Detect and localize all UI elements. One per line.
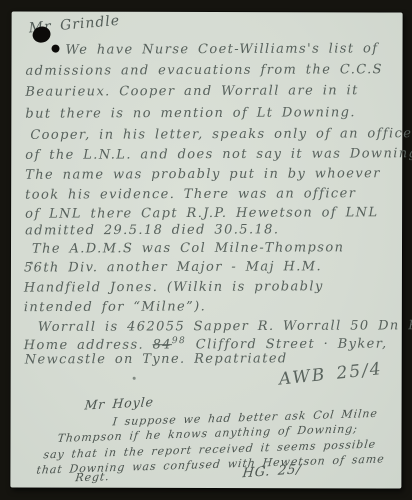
letter-line: Beaurieux. Cooper and Worrall are in it	[25, 83, 358, 99]
letter-line: The name was probably put in by whoever	[25, 166, 381, 183]
address-corrected-number: 98	[172, 336, 186, 346]
letter-line: We have Nurse Coet-Williams's list of	[65, 41, 378, 57]
letter-line: admissions and evacuations from the C.C.…	[25, 62, 383, 79]
letter-line-address: Home address. 8498 Clifford Street · Byk…	[24, 335, 388, 353]
letter-line: intended for “Milne”).	[24, 299, 206, 315]
letter-line: Handfield Jones. (Wilkin is probably	[24, 279, 324, 295]
letter-line: took his evidence. There was an officer	[25, 186, 356, 202]
signature-initials: AWB 25/4	[278, 359, 384, 390]
letter-line: admitted 29.5.18 died 30.5.18.	[25, 222, 279, 238]
address-rest: Clifford Street · Byker,	[196, 337, 388, 353]
letter-line: but there is no mention of Lt Downing.	[25, 105, 356, 121]
reply-line: Regt.	[75, 470, 111, 484]
address-struck-number: 84	[153, 337, 172, 352]
reply-initials: HG. 25/	[242, 462, 303, 481]
letter-line: of LNL there Capt R.J.P. Hewetson of LNL	[25, 205, 378, 222]
letter-line: 56th Div. another Major - Maj H.M.	[24, 259, 322, 275]
letter-line: Cooper, in his letter, speaks only of an…	[30, 126, 412, 143]
paper-speck	[133, 377, 136, 380]
letter-paper: Mr Grindle We have Nurse Coet-Williams's…	[10, 11, 402, 488]
letter-line: Newcastle on Tyne. Repatriated	[25, 351, 288, 367]
letter-line: of the L.N.L. and does not say it was Do…	[25, 146, 412, 163]
address-prefix: Home address.	[24, 338, 144, 354]
ink-blot	[52, 45, 60, 53]
addressee-reply: Mr Hoyle	[84, 394, 155, 413]
letter-line: Worrall is 462055 Sapper R. Worrall 50 D…	[38, 318, 412, 335]
letter-line: The A.D.M.S was Col Milne-Thompson	[32, 240, 344, 256]
